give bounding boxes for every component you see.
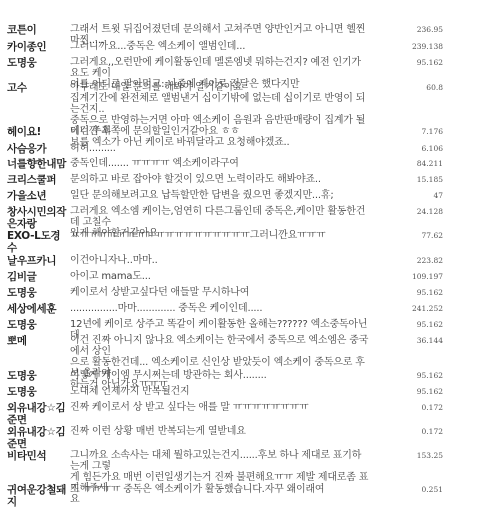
comment-score: 6.106 xyxy=(383,144,443,153)
comment-text: 이건 진짜 아니지 않나요 엑소케이는 한국에서 중독으로 엑소엠은 중국에서 … xyxy=(70,335,370,390)
comment-text: ................마마............. 중독은 케이인데… xyxy=(70,303,370,314)
comment-score: 109.197 xyxy=(383,272,443,281)
comment-score: 0.172 xyxy=(383,403,443,412)
comment-text: 그니까요 소속사는 대체 뭘하고있는건지......후보 하나 제대로 표기하는… xyxy=(70,450,370,505)
comment-score: 0.251 xyxy=(383,485,443,494)
comment-author[interactable]: 귀여운강철돼지 xyxy=(7,484,69,506)
comment-score: 15.185 xyxy=(383,175,443,184)
comment-text: ㅠㅠㅠㅠㅠㅠㅠㅠㅠㅠㅠㅠㅠㅠㅠㅠㅠㅠㅠ그러니깐요ㅠㅠㅠ xyxy=(70,230,370,241)
comment-score: 95.162 xyxy=(383,371,443,380)
comment-score: 36.144 xyxy=(383,336,443,345)
comment-score: 95.162 xyxy=(383,320,443,329)
comment-score: 7.176 xyxy=(383,127,443,136)
comment-text: 도대체 언제까지 반복될건지 xyxy=(70,386,370,397)
comment-text: 진짜 이런 상황 매번 반복되는게 열받네요 xyxy=(70,426,370,437)
comment-author[interactable]: 뽀메 xyxy=(7,335,69,347)
comment-score: 239.138 xyxy=(383,42,443,51)
comment-score: 95.162 xyxy=(383,58,443,67)
comment-text: 또 ㅠㅠㅠㅠ 중독은 엑소케이가 활동했습니다.자꾸 왜이래여 xyxy=(70,484,370,495)
comment-author[interactable]: 도명웅 xyxy=(7,319,69,331)
comment-author[interactable]: 창사시민의작은자랑 xyxy=(7,206,69,230)
comment-author[interactable]: 김비글 xyxy=(7,271,69,283)
comment-text: 그러니까요...중독은 엑소케이 앨범인데... xyxy=(70,41,370,52)
comment-author[interactable]: 사슴응가 xyxy=(7,143,69,155)
comment-text: 아무래도 내일 문의를 해봐야 알거같아요 집계기간에 완전체로 앨범낸거 십이… xyxy=(70,82,370,148)
comment-score: 84.211 xyxy=(383,159,443,168)
comment-score: 24.128 xyxy=(383,207,443,216)
comment-score: 236.95 xyxy=(383,25,443,34)
comment-author[interactable]: 외유내강☆김준면 xyxy=(7,426,69,450)
comment-score: 223.82 xyxy=(383,256,443,265)
comment-text: 문의하고 바로 잡아야 할것이 있으면 노력이라도 해봐야죠.. xyxy=(70,174,370,185)
comment-score: 95.162 xyxy=(383,288,443,297)
comment-text: 케이로서 상받고싶다던 애들말 무시하나여 xyxy=(70,287,370,298)
comment-score: 153.25 xyxy=(383,451,443,460)
comment-author[interactable]: 도명웅 xyxy=(7,386,69,398)
comment-author[interactable]: 외유내강☆김준면 xyxy=(7,402,69,426)
comment-text: 이렇게 케이엠 무시쩌는데 방관하는 회사........ xyxy=(70,370,370,381)
comment-text: 진짜 케이로서 상 받고 싶다는 애를 말 ㅠㅠㅠㅠㅠㅠㅠㅠ xyxy=(70,402,370,413)
comment-author[interactable]: 고수 xyxy=(7,82,69,94)
comment-score: 95.162 xyxy=(383,387,443,396)
comment-score: 77.62 xyxy=(383,231,443,240)
comment-score: 241.252 xyxy=(383,304,443,313)
comment-text: 중독인데....... ㅠㅠㅠㅠ 엑소케이라구여 xyxy=(70,158,370,169)
comment-author[interactable]: 도명웅 xyxy=(7,287,69,299)
comment-score: 47 xyxy=(383,191,443,200)
comment-author[interactable]: 코튼이 xyxy=(7,24,69,36)
comment-author[interactable]: 크리스쿨퍼 xyxy=(7,174,69,186)
comment-text: 일단 문의해보려고요 납득할만한 답변을 줬으면 좋겠지만...휴; xyxy=(70,190,370,201)
comment-score: 0.172 xyxy=(383,427,443,436)
comment-text: 이건 주최쪽에 문의할일인거같아요 ㅎㅎ xyxy=(70,126,370,137)
comment-text: 아이고 mama도... xyxy=(70,271,370,282)
comment-author[interactable]: 날우프카니 xyxy=(7,255,69,267)
comment-author[interactable]: 카이종인 xyxy=(7,41,69,53)
comment-author[interactable]: 세상에세훈 xyxy=(7,303,69,315)
comment-text: 이건아니자나..마마.. xyxy=(70,255,370,266)
comment-author[interactable]: 도명웅 xyxy=(7,370,69,382)
comment-author[interactable]: 헤이요! xyxy=(7,126,69,138)
comment-author[interactable]: 가을소년 xyxy=(7,190,69,202)
comment-author[interactable]: 도명웅 xyxy=(7,57,69,69)
comment-score: 60.8 xyxy=(383,83,443,92)
comment-author[interactable]: 비타민석 xyxy=(7,450,69,462)
comment-text: 허허......... xyxy=(70,143,370,154)
comment-author[interactable]: EXO-L도경수 xyxy=(7,230,69,254)
comment-author[interactable]: 너를향한내맘 xyxy=(7,158,69,170)
